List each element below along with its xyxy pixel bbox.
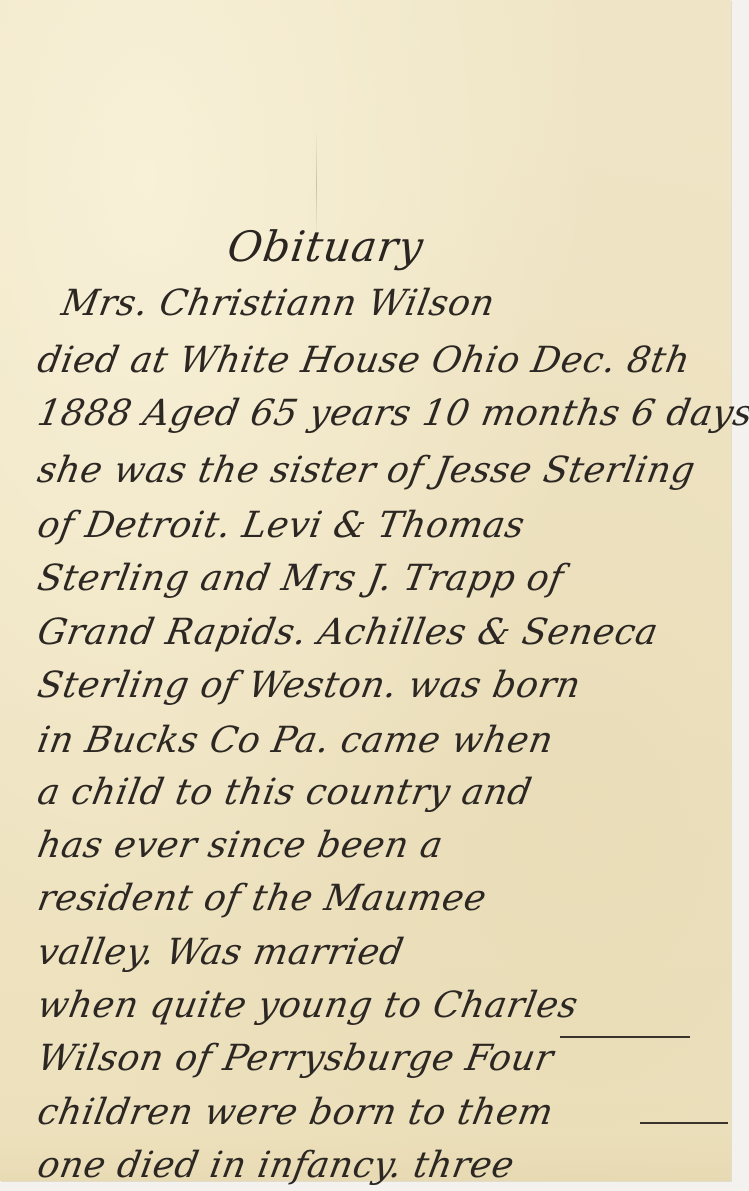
manuscript-line-11: has ever since been a — [34, 825, 446, 866]
manuscript-line-8: Sterling of Weston. was born — [34, 665, 583, 706]
manuscript-line-15: Wilson of Perrysburge Four — [34, 1038, 556, 1079]
manuscript-line-12: resident of the Maumee — [34, 878, 489, 919]
manuscript-line-1: Mrs. Christiann Wilson — [58, 283, 498, 324]
paper-sheet: Obituary Mrs. Christiann Wilson died at … — [0, 0, 731, 1181]
manuscript-line-2: died at White House Ohio Dec. 8th — [34, 340, 693, 381]
manuscript-line-10: a child to this country and — [34, 772, 535, 813]
scanned-page: Obituary Mrs. Christiann Wilson died at … — [0, 0, 749, 1191]
manuscript-line-3: 1888 Aged 65 years 10 months 6 days — [34, 393, 749, 434]
manuscript-line-17: one died in infancy. three — [34, 1145, 517, 1186]
manuscript-line-16: children were born to them — [34, 1092, 556, 1133]
underline-three — [640, 1122, 728, 1124]
document-title: Obituary — [225, 222, 427, 271]
manuscript-line-7: Grand Rapids. Achilles & Seneca — [34, 612, 661, 653]
manuscript-line-9: in Bucks Co Pa. came when — [34, 720, 556, 761]
underline-four — [560, 1036, 690, 1038]
manuscript-line-5: of Detroit. Levi & Thomas — [34, 505, 527, 546]
manuscript-line-6: Sterling and Mrs J. Trapp of — [34, 558, 566, 599]
manuscript-line-14: when quite young to Charles — [34, 985, 581, 1026]
manuscript-line-4: she was the sister of Jesse Sterling — [34, 450, 698, 491]
manuscript-line-13: valley. Was married — [34, 932, 406, 973]
